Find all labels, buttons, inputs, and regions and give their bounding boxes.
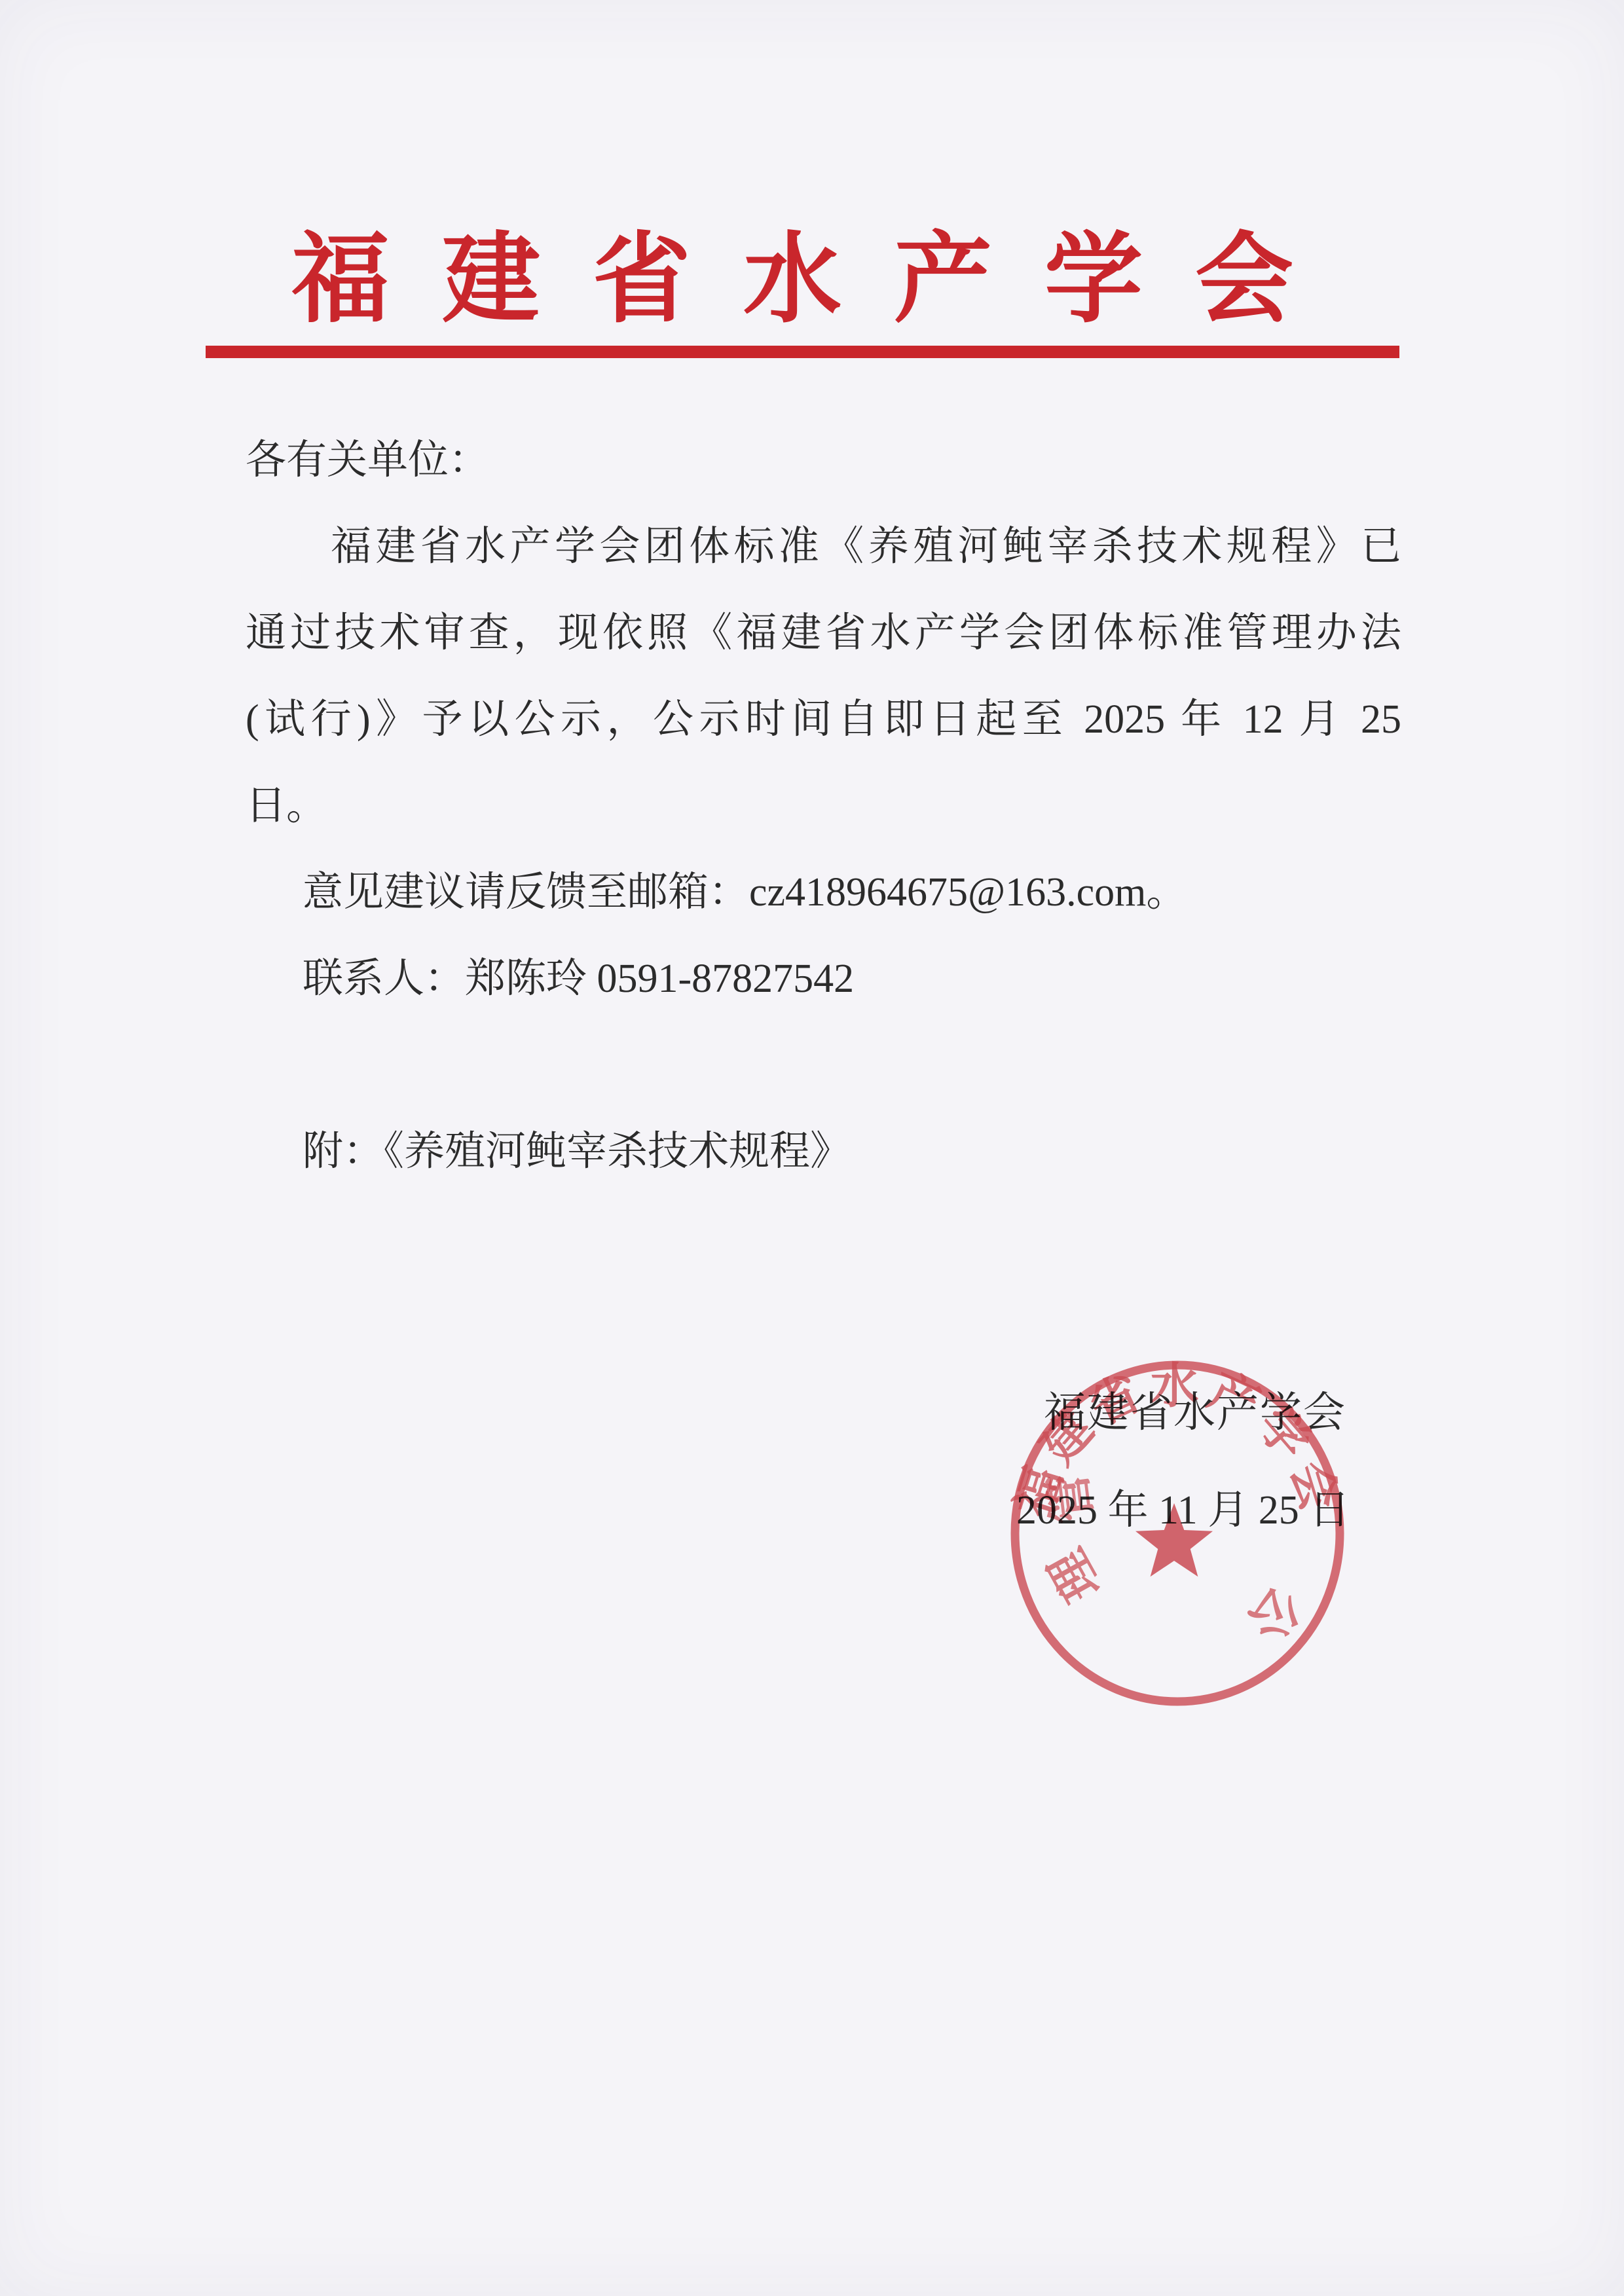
seal-side-char: 理	[1039, 1540, 1111, 1610]
letter-body: 各有关单位： 福建省水产学会团体标准《养殖河鲀宰杀技术规程》已 通过技术审查，现…	[246, 417, 1401, 1195]
paragraph-line: (试行)》予以公示，公示时间自即日起至 2025 年 12 月 25	[246, 676, 1401, 763]
blank-line	[246, 1022, 1401, 1108]
scanned-letter-page: 福建省水产学会 各有关单位： 福建省水产学会团体标准《养殖河鲀宰杀技术规程》已 …	[0, 0, 1624, 2296]
paragraph-line: 福建省水产学会团体标准《养殖河鲀宰杀技术规程》已	[246, 503, 1401, 590]
seal-star	[1135, 1503, 1213, 1576]
seal-side-char: 管	[1041, 1470, 1102, 1526]
attachment-line: 附：《养殖河鲀宰杀技术规程》	[246, 1108, 1401, 1195]
official-seal-stamp: 福建省水产学会 管 理 公	[1008, 1359, 1346, 1707]
paragraph-line: 通过技术审查，现依照《福建省水产学会团体标准管理办法	[246, 590, 1401, 676]
email-line: 意见建议请反馈至邮箱：cz418964675@163.com。	[246, 849, 1401, 936]
paragraph-line: 日。	[246, 763, 1401, 849]
letterhead-rule	[206, 346, 1399, 358]
salutation-line: 各有关单位：	[246, 417, 1401, 503]
contact-line: 联系人：郑陈玲 0591-87827542	[246, 936, 1401, 1022]
letterhead-title: 福建省水产学会	[203, 229, 1401, 331]
